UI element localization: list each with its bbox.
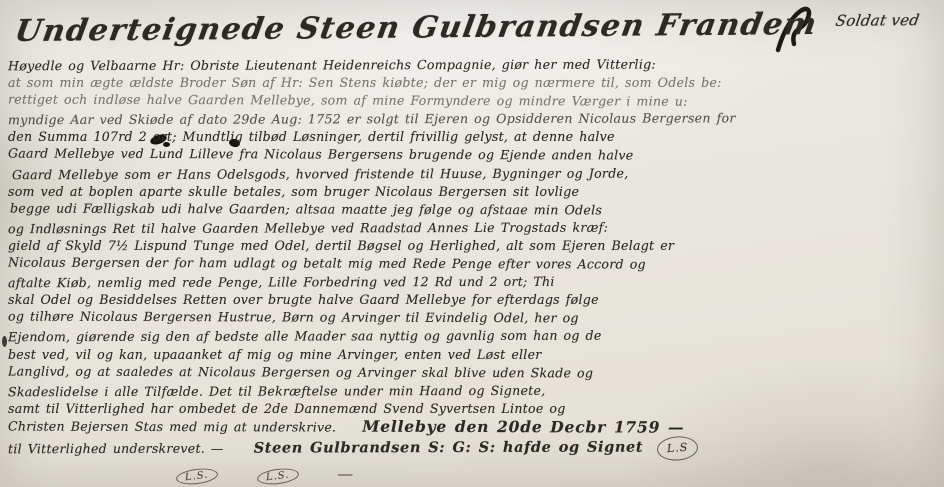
manuscript-line: Ejendom, giørende sig den af bedste alle… [8,326,942,347]
manuscript-line: Høyedle og Velbaarne Hr: Obriste Lieuten… [8,56,942,75]
seal-dash: — [337,464,355,483]
paper-seal-right: L.S. [256,467,299,487]
manuscript-line: gield af Skyld 7½ Lispund Tunge med Odel… [8,237,942,255]
manuscript-line: og Indløsnings Ret til halve Gaarden Mel… [8,218,942,239]
manuscript-line: som ved at boplen aparte skulle betales,… [8,183,942,201]
signature: Steen Gulbrandsen S: G: S: hafde og Sign… [254,439,643,457]
ink-blot [2,336,7,347]
seal-row: L.S. L.S. — [8,464,942,484]
closing-line: Christen Bejersen Stas med mig at unders… [8,416,942,438]
witness-clause: Christen Bejersen Stas med mig at unders… [8,418,336,434]
signature-line: til Vitterlighed underskrevet. —Steen Gu… [8,436,942,463]
manuscript-line: Skadeslidelse i alle Tilfælde. Det til B… [8,380,942,401]
manuscript-body: Høyedle og Velbaarne Hr: Obriste Lieuten… [8,56,942,487]
manuscript-line: samt til Vitterlighed har ombedet de 2de… [8,400,942,418]
heading-name: Underteignede Steen Gulbrandsen Frandem [12,7,820,49]
attest-clause: til Vitterlighed underskrevet. — [8,441,224,457]
manuscript-line: Gaard Mellebye som er Hans Odelsgods, hv… [8,163,942,184]
heading-tail: Soldat ved [834,11,921,30]
manuscript-line: best ved, vil og kan, upaaanket af mig o… [8,346,942,364]
manuscript-line: myndige Aar ved Skiøde af dato 29de Aug:… [8,109,942,130]
manuscript-line: den Summa 107rd 2 ort; Mundtlig tilbød L… [8,128,942,146]
manuscript-line: aftalte Kiøb, nemlig med rede Penge, Lil… [8,272,942,293]
manuscript-line: Langlivd, og at saaledes at Nicolaus Ber… [8,362,942,383]
document-page: Underteignede Steen Gulbrandsen FrandemS… [0,0,944,487]
paper-seal-left: L.S. [175,467,218,487]
manuscript-line: at som min ægte ældste Broder Søn af Hr:… [8,74,942,92]
signature-seal: L.S [656,435,699,462]
manuscript-line: Gaard Mellebye ved Lund Lilleve fra Nico… [8,145,942,166]
manuscript-line: skal Odel og Besiddelses Retten over bru… [8,291,942,309]
place-date: Mellebye den 20de Decbr 1759 — [362,417,684,437]
